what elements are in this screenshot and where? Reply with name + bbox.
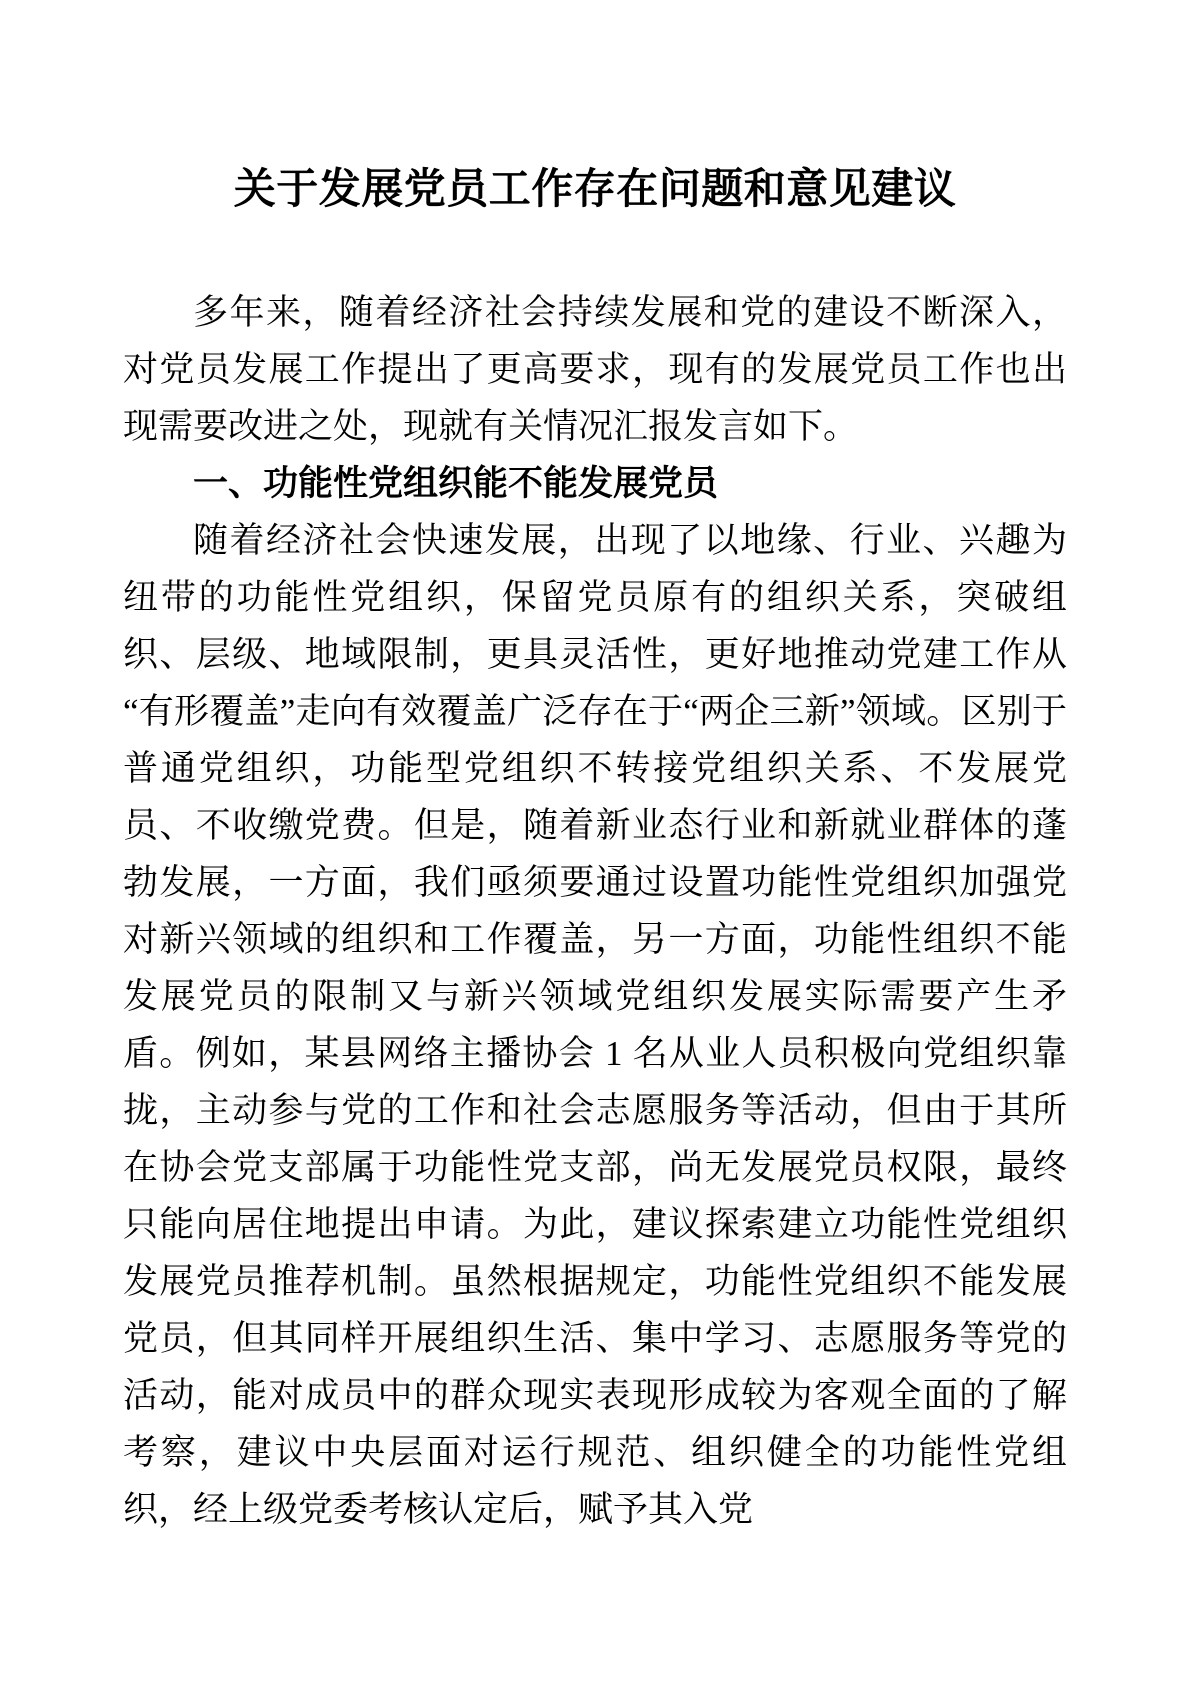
document-title: 关于发展党员工作存在问题和意见建议 [123, 160, 1067, 220]
paragraph-section-1-body: 随着经济社会快速发展，出现了以地缘、行业、兴趣为纽带的功能性党组织，保留党员原有… [123, 512, 1067, 1538]
document-page: 关于发展党员工作存在问题和意见建议 多年来，随着经济社会持续发展和党的建设不断深… [0, 0, 1190, 1683]
document-body: 多年来，随着经济社会持续发展和党的建设不断深入，对党员发展工作提出了更高要求，现… [123, 284, 1067, 1538]
paragraph-intro: 多年来，随着经济社会持续发展和党的建设不断深入，对党员发展工作提出了更高要求，现… [123, 284, 1067, 455]
section-heading-1: 一、功能性党组织能不能发展党员 [123, 455, 1067, 512]
